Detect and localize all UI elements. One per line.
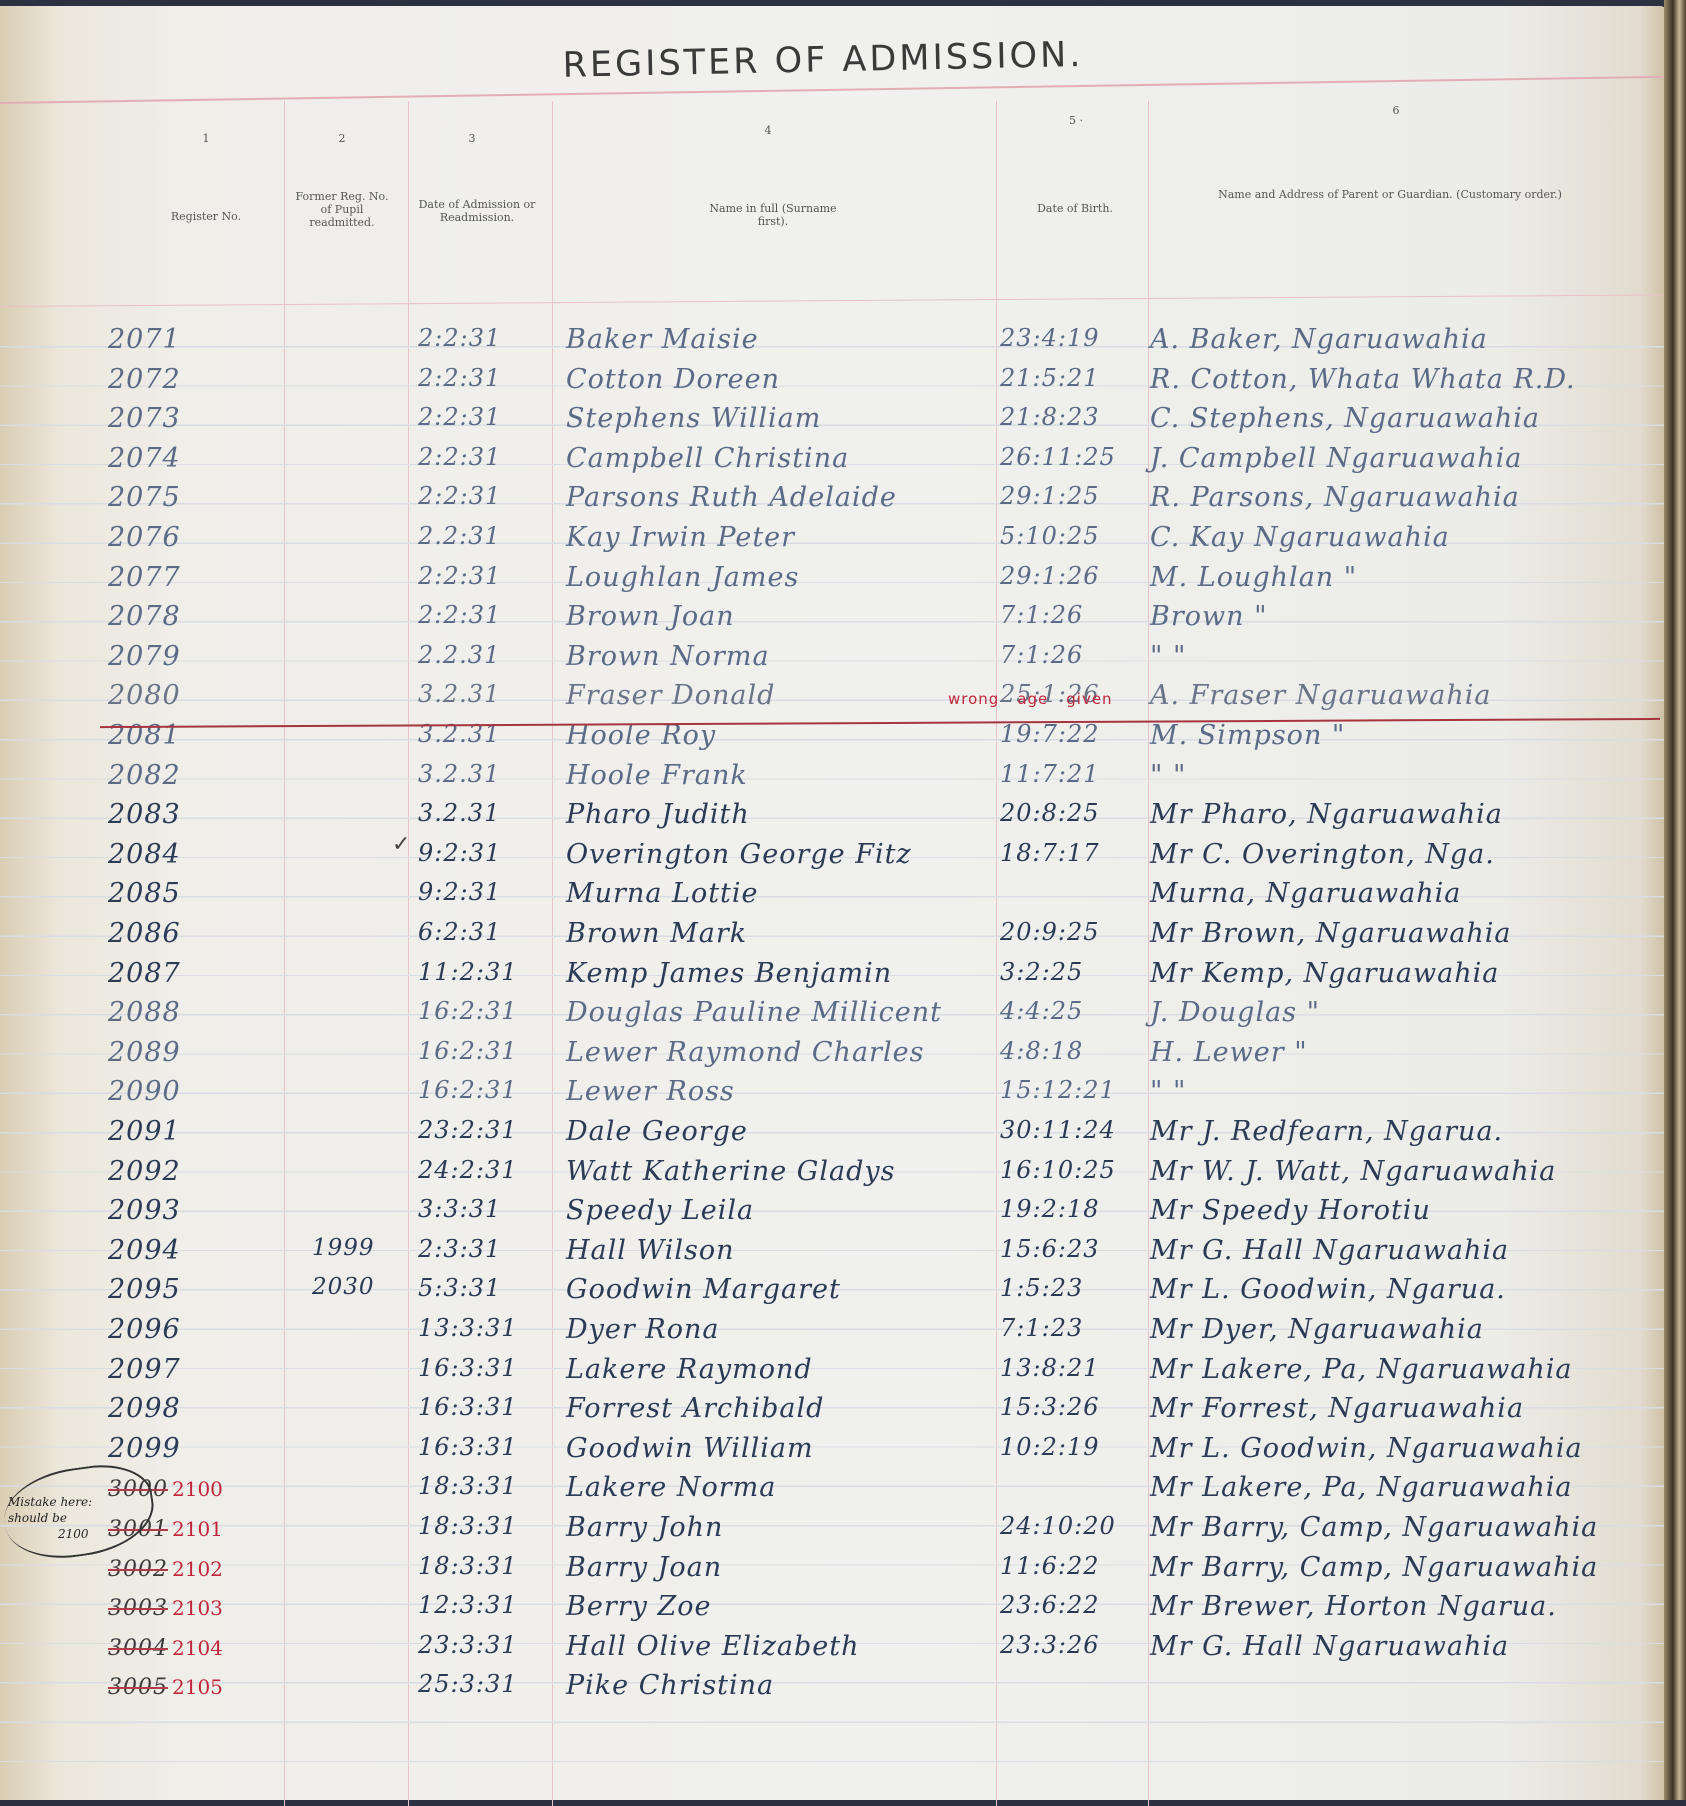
register-row: 20866:2:31Brown Mark20:9:25Mr Brown, Nga… <box>0 918 1668 957</box>
register-row: 3005210525:3:31Pike Christina <box>0 1670 1668 1709</box>
pupil-name: Goodwin Margaret <box>566 1274 841 1305</box>
register-row: 20803.2.31Fraser Donald25:1:26A. Fraser … <box>0 680 1668 719</box>
register-row: 20833.2.31Pharo Judith20:8:25Mr Pharo, N… <box>0 799 1668 838</box>
register-number: 2098 <box>108 1393 181 1424</box>
date-of-birth: 4:4:25 <box>1000 997 1083 1025</box>
admission-date: 2:2:31 <box>418 364 501 392</box>
date-of-birth: 1:5:23 <box>1000 1274 1083 1302</box>
admission-date: 16:2:31 <box>418 1076 518 1104</box>
admission-date: 2:2:31 <box>418 443 501 471</box>
admission-date: 5:3:31 <box>418 1274 501 1302</box>
register-row: 20722:2:31Cotton Doreen21:5:21R. Cotton,… <box>0 364 1668 403</box>
struck-register-number: 3005 <box>108 1675 168 1700</box>
register-number: 2081 <box>108 720 181 751</box>
date-of-birth: 5:10:25 <box>1000 522 1100 550</box>
register-row: 209916:3:31Goodwin William10:2:19Mr L. G… <box>0 1433 1668 1472</box>
date-of-birth: 19:7:22 <box>1000 720 1100 748</box>
register-row: 208916:2:31Lewer Raymond Charles4:8:18H.… <box>0 1037 1668 1076</box>
register-row: 20933:3:31Speedy Leila19:2:18Mr Speedy H… <box>0 1195 1668 1234</box>
date-of-birth: 18:7:17 <box>1000 839 1100 867</box>
pupil-name: Hoole Frank <box>566 760 748 791</box>
pupil-name: Goodwin William <box>566 1433 814 1464</box>
register-row: 209419992:3:31Hall Wilson15:6:23Mr G. Ha… <box>0 1235 1668 1274</box>
corrected-register-number: 2102 <box>172 1557 223 1581</box>
pupil-name: Lakere Norma <box>566 1472 776 1503</box>
parent-guardian: C. Kay Ngaruawahia <box>1150 522 1450 553</box>
admission-date: 18:3:31 <box>418 1552 518 1580</box>
admission-date: 2:3:31 <box>418 1235 501 1263</box>
register-row: 3003210312:3:31Berry Zoe23:6:22Mr Brewer… <box>0 1591 1668 1630</box>
pupil-name: Loughlan James <box>566 562 799 593</box>
admission-date: 25:3:31 <box>418 1670 518 1698</box>
date-of-birth: 26:11:25 <box>1000 443 1116 471</box>
pupil-name: Watt Katherine Gladys <box>566 1156 895 1187</box>
pupil-name: Cotton Doreen <box>566 364 780 395</box>
parent-guardian: H. Lewer " <box>1150 1037 1308 1068</box>
register-row: 20762.2:31Kay Irwin Peter5:10:25C. Kay N… <box>0 522 1668 561</box>
register-number: 2079 <box>108 641 181 672</box>
register-row: 209816:3:31Forrest Archibald15:3:26Mr Fo… <box>0 1393 1668 1432</box>
pupil-name: Fraser Donald <box>566 680 775 711</box>
parent-guardian: J. Douglas " <box>1150 997 1320 1028</box>
register-row: 209123:2:31Dale George30:11:24Mr J. Redf… <box>0 1116 1668 1155</box>
admission-date: 16:3:31 <box>418 1354 518 1382</box>
register-row: 20772:2:31Loughlan James29:1:26M. Loughl… <box>0 562 1668 601</box>
date-of-birth: 13:8:21 <box>1000 1354 1100 1382</box>
register-row: 3004210423:3:31Hall Olive Elizabeth23:3:… <box>0 1631 1668 1670</box>
register-number: 2094 <box>108 1235 181 1266</box>
parent-guardian: Mr L. Goodwin, Ngarua. <box>1150 1274 1506 1305</box>
register-row: 20823.2.31Hoole Frank11:7:21 " " <box>0 760 1668 799</box>
parent-guardian: Mr J. Redfearn, Ngarua. <box>1150 1116 1503 1147</box>
register-number: 2074 <box>108 443 181 474</box>
pupil-name: Brown Norma <box>566 641 770 672</box>
register-number: 2071 <box>108 324 181 355</box>
corrected-register-number: 2103 <box>172 1596 223 1620</box>
admission-date: 2:2:31 <box>418 403 501 431</box>
parent-guardian: Mr Brewer, Horton Ngarua. <box>1150 1591 1557 1622</box>
admission-date: 2:2:31 <box>418 482 501 510</box>
pupil-name: Lewer Raymond Charles <box>566 1037 924 1068</box>
register-number: 2083 <box>108 799 181 830</box>
parent-guardian: Mr Lakere, Pa, Ngaruawahia <box>1150 1472 1573 1503</box>
parent-guardian: M. Loughlan " <box>1150 562 1357 593</box>
pupil-name: Dale George <box>566 1116 748 1147</box>
struck-register-number: 3004 <box>108 1636 168 1661</box>
register-row: 20742:2:31Campbell Christina26:11:25J. C… <box>0 443 1668 482</box>
register-row: 208816:2:31Douglas Pauline Millicent4:4:… <box>0 997 1668 1036</box>
parent-guardian: Mr Barry, Camp, Ngaruawahia <box>1150 1512 1598 1543</box>
admission-date: 11:2:31 <box>418 958 518 986</box>
parent-guardian: " " <box>1150 1076 1186 1107</box>
admission-date: 3:3:31 <box>418 1195 501 1223</box>
pupil-name: Lakere Raymond <box>566 1354 813 1385</box>
register-number: 2072 <box>108 364 181 395</box>
register-row: 3002210218:3:31Barry Joan11:6:22Mr Barry… <box>0 1552 1668 1591</box>
date-of-birth: 21:8:23 <box>1000 403 1100 431</box>
register-row: 209716:3:31Lakere Raymond13:8:21Mr Laker… <box>0 1354 1668 1393</box>
date-of-birth: 7:1:26 <box>1000 641 1083 669</box>
date-of-birth: 29:1:26 <box>1000 562 1100 590</box>
register-number: 2078 <box>108 601 181 632</box>
register-number: 2093 <box>108 1195 181 1226</box>
pupil-name: Dyer Rona <box>566 1314 719 1345</box>
date-of-birth: 3:2:25 <box>1000 958 1083 986</box>
pupil-name: Murna Lottie <box>566 878 759 909</box>
pupil-name: Speedy Leila <box>566 1195 754 1226</box>
struck-register-number: 3003 <box>108 1596 168 1621</box>
check-mark-icon: ✓ <box>392 832 410 857</box>
register-row: 20849:2:31Overington George Fitz18:7:17M… <box>0 839 1668 878</box>
register-number: 2073 <box>108 403 181 434</box>
parent-guardian: Murna, Ngaruawahia <box>1150 878 1461 909</box>
date-of-birth: 30:11:24 <box>1000 1116 1116 1144</box>
parent-guardian: R. Cotton, Whata Whata R.D. <box>1150 364 1576 395</box>
register-number: 2085 <box>108 878 181 909</box>
register-row: 20752:2:31Parsons Ruth Adelaide29:1:25R.… <box>0 482 1668 521</box>
register-number: 2077 <box>108 562 181 593</box>
date-of-birth: 15:3:26 <box>1000 1393 1100 1421</box>
register-number: 2097 <box>108 1354 181 1385</box>
pupil-name: Kay Irwin Peter <box>566 522 795 553</box>
date-of-birth: 19:2:18 <box>1000 1195 1100 1223</box>
register-number: 30052105 <box>108 1670 223 1701</box>
pupil-name: Barry John <box>566 1512 723 1543</box>
register-row: 20792.2.31Brown Norma7:1:26 " " <box>0 641 1668 680</box>
date-of-birth: 29:1:25 <box>1000 482 1100 510</box>
date-of-birth: 7:1:26 <box>1000 601 1083 629</box>
admission-date: 16:3:31 <box>418 1433 518 1461</box>
register-number: 2096 <box>108 1314 181 1345</box>
register-number: 2084 <box>108 839 181 870</box>
admission-date: 13:3:31 <box>418 1314 518 1342</box>
pupil-name: Douglas Pauline Millicent <box>566 997 942 1028</box>
struck-register-number: 3002 <box>108 1557 168 1582</box>
date-of-birth: 23:4:19 <box>1000 324 1100 352</box>
parent-guardian: A. Baker, Ngaruawahia <box>1150 324 1488 355</box>
admission-date: 6:2:31 <box>418 918 501 946</box>
register-row: 20712:2:31Baker Maisie23:4:19A. Baker, N… <box>0 324 1668 363</box>
pupil-name: Parsons Ruth Adelaide <box>566 482 897 513</box>
parent-guardian: R. Parsons, Ngaruawahia <box>1150 482 1520 513</box>
register-number: 2089 <box>108 1037 181 1068</box>
admission-date: 12:3:31 <box>418 1591 518 1619</box>
parent-guardian: Mr Pharo, Ngaruawahia <box>1150 799 1503 830</box>
parent-guardian: " " <box>1150 760 1186 791</box>
admission-date: 16:2:31 <box>418 997 518 1025</box>
corrected-register-number: 2104 <box>172 1636 223 1660</box>
register-row: 20859:2:31Murna Lottie Murna, Ngaruawahi… <box>0 878 1668 917</box>
date-of-birth: 20:9:25 <box>1000 918 1100 946</box>
admission-date: 18:3:31 <box>418 1512 518 1540</box>
register-row: 20732:2:31Stephens William21:8:23C. Step… <box>0 403 1668 442</box>
parent-guardian: Mr Lakere, Pa, Ngaruawahia <box>1150 1354 1573 1385</box>
pupil-name: Overington George Fitz <box>566 839 912 870</box>
parent-guardian: Mr L. Goodwin, Ngaruawahia <box>1150 1433 1583 1464</box>
admission-date: 16:3:31 <box>418 1393 518 1421</box>
pupil-name: Barry Joan <box>566 1552 722 1583</box>
parent-guardian: Mr G. Hall Ngaruawahia <box>1150 1631 1509 1662</box>
register-number: 2090 <box>108 1076 181 1107</box>
parent-guardian: " " <box>1150 641 1186 672</box>
header-rule-bottom <box>0 294 1668 307</box>
margin-note: Mistake here: should be 2100 <box>8 1494 92 1542</box>
date-of-birth: 23:6:22 <box>1000 1591 1100 1619</box>
admission-date: 3.2.31 <box>418 760 500 788</box>
wrong-age-annotation: wrongagegiven <box>948 690 1131 708</box>
pupil-name: Pike Christina <box>566 1670 774 1701</box>
register-number: 30042104 <box>108 1631 223 1662</box>
parent-guardian: Mr Speedy Horotiu <box>1150 1195 1431 1226</box>
date-of-birth: 11:6:22 <box>1000 1552 1100 1580</box>
corrected-register-number: 2105 <box>172 1675 223 1699</box>
pupil-name: Hall Wilson <box>566 1235 735 1266</box>
admission-date: 23:3:31 <box>418 1631 518 1659</box>
date-of-birth: 16:10:25 <box>1000 1156 1116 1184</box>
page-title: REGISTER OF ADMISSION. <box>0 22 1686 97</box>
date-of-birth: 24:10:20 <box>1000 1512 1116 1540</box>
parent-guardian: Mr Kemp, Ngaruawahia <box>1150 958 1499 989</box>
register-number: 2099 <box>108 1433 181 1464</box>
pupil-name: Campbell Christina <box>566 443 849 474</box>
date-of-birth: 23:3:26 <box>1000 1631 1100 1659</box>
date-of-birth: 10:2:19 <box>1000 1433 1100 1461</box>
admission-date: 2:2:31 <box>418 324 501 352</box>
register-row: 209613:3:31Dyer Rona7:1:23Mr Dyer, Ngaru… <box>0 1314 1668 1353</box>
book-spine <box>1664 0 1686 1800</box>
register-number: 2082 <box>108 760 181 791</box>
pupil-name: Stephens William <box>566 403 821 434</box>
admission-date: 2:2:31 <box>418 601 501 629</box>
pupil-name: Kemp James Benjamin <box>566 958 892 989</box>
parent-guardian: Mr W. J. Watt, Ngaruawahia <box>1150 1156 1556 1187</box>
register-row: 209016:2:31Lewer Ross15:12:21 " " <box>0 1076 1668 1115</box>
register-number: 2086 <box>108 918 181 949</box>
parent-guardian: Mr Forrest, Ngaruawahia <box>1150 1393 1524 1424</box>
parent-guardian: M. Simpson " <box>1150 720 1345 751</box>
parent-guardian: J. Campbell Ngaruawahia <box>1150 443 1522 474</box>
parent-guardian: Mr Dyer, Ngaruawahia <box>1150 1314 1484 1345</box>
parent-guardian: A. Fraser Ngaruawahia <box>1150 680 1491 711</box>
parent-guardian: Mr Brown, Ngaruawahia <box>1150 918 1512 949</box>
register-row: 3000210018:3:31Lakere NormaMr Lakere, Pa… <box>0 1472 1668 1511</box>
register-number: 2091 <box>108 1116 181 1147</box>
admission-date: 9:2:31 <box>418 878 501 906</box>
date-of-birth: 15:12:21 <box>1000 1076 1116 1104</box>
corrected-register-number: 2100 <box>172 1477 223 1501</box>
admission-date: 24:2:31 <box>418 1156 518 1184</box>
pupil-name: Berry Zoe <box>566 1591 711 1622</box>
register-row: 20782:2:31Brown Joan7:1:26 Brown " <box>0 601 1668 640</box>
register-number: 2087 <box>108 958 181 989</box>
date-of-birth: 21:5:21 <box>1000 364 1100 392</box>
parent-guardian: Mr C. Overington, Nga. <box>1150 839 1495 870</box>
register-number: 30022102 <box>108 1552 223 1583</box>
date-of-birth: 20:8:25 <box>1000 799 1100 827</box>
admission-date: 23:2:31 <box>418 1116 518 1144</box>
register-page: REGISTER OF ADMISSION. 1 Register No. 2 … <box>0 6 1668 1800</box>
pupil-name: Brown Mark <box>566 918 747 949</box>
register-number: 2095 <box>108 1274 181 1305</box>
date-of-birth: 4:8:18 <box>1000 1037 1083 1065</box>
admission-date: 9:2:31 <box>418 839 501 867</box>
admission-date: 2.2:31 <box>418 522 501 550</box>
date-of-birth: 15:6:23 <box>1000 1235 1100 1263</box>
pupil-name: Lewer Ross <box>566 1076 735 1107</box>
register-number: 2092 <box>108 1156 181 1187</box>
parent-guardian: Mr Barry, Camp, Ngaruawahia <box>1150 1552 1598 1583</box>
admission-date: 18:3:31 <box>418 1472 518 1500</box>
pupil-name: Pharo Judith <box>566 799 750 830</box>
register-number: 2076 <box>108 522 181 553</box>
register-row: 209520305:3:31Goodwin Margaret1:5:23Mr L… <box>0 1274 1668 1313</box>
corrected-register-number: 2101 <box>172 1517 223 1541</box>
former-register-number: 1999 <box>312 1235 375 1261</box>
parent-guardian: Brown " <box>1150 601 1268 632</box>
parent-guardian: Mr G. Hall Ngaruawahia <box>1150 1235 1509 1266</box>
register-number: 30032103 <box>108 1591 223 1622</box>
register-row: 209224:2:31Watt Katherine Gladys16:10:25… <box>0 1156 1668 1195</box>
admission-date: 2:2:31 <box>418 562 501 590</box>
register-row: 3001210118:3:31Barry John24:10:20Mr Barr… <box>0 1512 1668 1551</box>
pupil-name: Baker Maisie <box>566 324 759 355</box>
admission-date: 3.2.31 <box>418 799 500 827</box>
admission-date: 16:2:31 <box>418 1037 518 1065</box>
register-number: 2075 <box>108 482 181 513</box>
register-number: 2080 <box>108 680 181 711</box>
date-of-birth: 7:1:23 <box>1000 1314 1083 1342</box>
date-of-birth: 11:7:21 <box>1000 760 1100 788</box>
pupil-name: Brown Joan <box>566 601 735 632</box>
former-register-number: 2030 <box>312 1274 375 1300</box>
admission-date: 3.2.31 <box>418 680 500 708</box>
parent-guardian: C. Stephens, Ngaruawahia <box>1150 403 1540 434</box>
pupil-name: Forrest Archibald <box>566 1393 824 1424</box>
register-number: 2088 <box>108 997 181 1028</box>
pupil-name: Hall Olive Elizabeth <box>566 1631 860 1662</box>
register-row: 208711:2:31Kemp James Benjamin3:2:25Mr K… <box>0 958 1668 997</box>
admission-date: 2.2.31 <box>418 641 500 669</box>
